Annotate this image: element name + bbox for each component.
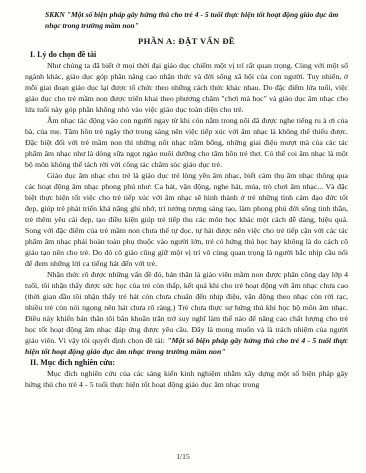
page-number: 1/15 bbox=[0, 452, 366, 461]
running-header: SKKN "Một số biện pháp gây hứng thú cho … bbox=[45, 9, 348, 31]
page-title: PHẦN A: ĐẶT VẤN ĐỀ bbox=[25, 36, 348, 47]
document-page: SKKN "Một số biện pháp gây hứng thú cho … bbox=[0, 0, 366, 473]
paragraph-3: Giáo dục âm nhạc cho trẻ là giáo dục trẻ… bbox=[25, 170, 348, 269]
section-heading-2: II. Mục đích nghiên cứu: bbox=[30, 357, 348, 368]
paragraph-5: Mục đích nghiên cứu của các sáng kiến ki… bbox=[25, 368, 348, 390]
paragraph-4-text: Nhận thức rõ được những vấn đề đó, bản t… bbox=[25, 270, 348, 345]
paragraph-4: Nhận thức rõ được những vấn đề đó, bản t… bbox=[25, 269, 348, 357]
paragraph-2: Âm nhạc tác động vào con người ngay từ k… bbox=[25, 115, 348, 170]
paragraph-1: Như chúng ta đã biết ở mọi thời đại giáo… bbox=[25, 60, 348, 115]
section-heading-1: I. Lý do chọn đề tài bbox=[30, 49, 348, 60]
